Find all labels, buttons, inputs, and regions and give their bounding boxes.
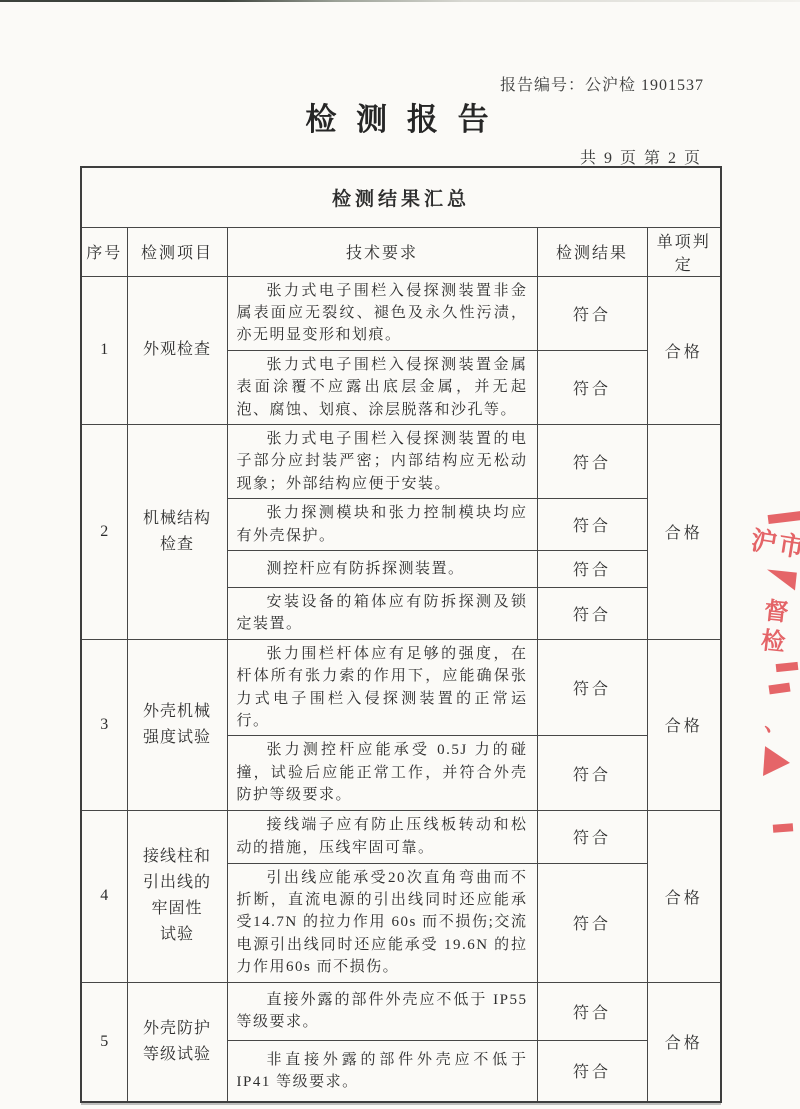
table-row: 4 接线柱和 引出线的 牢固性 试验 接线端子应有防止压线板转动和松动的措施，压… — [81, 810, 721, 863]
red-seal-star-point — [763, 746, 791, 778]
result-cell: 符合 — [537, 982, 647, 1040]
requirement-cell: 直接外露的部件外壳应不低于 IP55 等级要求。 — [227, 982, 537, 1040]
red-seal-fragment-text: 督检 — [751, 596, 792, 659]
verdict-cell: 合格 — [647, 424, 721, 639]
result-cell: 符合 — [537, 550, 647, 587]
test-item-cell: 机械结构 检查 — [127, 424, 227, 639]
verdict-cell: 合格 — [647, 810, 721, 982]
report-number: 报告编号：公沪检 1901537 — [500, 72, 704, 95]
document-title: 检 测 报 告 — [0, 94, 800, 139]
result-cell: 符合 — [537, 350, 647, 424]
scanned-report-page: { "page": { "report_no": "报告编号：公沪检 19015… — [0, 0, 800, 1109]
requirement-cell: 张力测控杆应能承受 0.5J 力的碰撞，试验后应能正常工作，并符合外壳防护等级要… — [227, 736, 537, 810]
table-row: 2 机械结构 检查 张力式电子围栏入侵探测装置的电子部分应封装严密；内部结构应无… — [81, 424, 721, 498]
red-seal-fragment — [776, 662, 799, 672]
table-title: 检测结果汇总 — [81, 167, 721, 227]
requirement-cell: 张力式电子围栏入侵探测装置的电子部分应封装严密；内部结构应无松动现象；外部结构应… — [227, 424, 537, 498]
result-cell: 符合 — [537, 587, 647, 639]
page-number-info: 共 9 页 第 2 页 — [580, 145, 702, 168]
result-cell: 符合 — [537, 276, 647, 350]
verdict-cell: 合格 — [647, 639, 721, 810]
requirement-cell: 非直接外露的部件外壳应不低于 IP41 等级要求。 — [227, 1040, 537, 1102]
verdict-cell: 合格 — [647, 982, 721, 1102]
result-cell: 符合 — [537, 499, 647, 551]
test-item-cell: 外壳机械 强度试验 — [127, 639, 227, 810]
verdict-cell: 合格 — [647, 276, 721, 424]
row-number-cell: 3 — [81, 639, 127, 810]
requirement-cell: 引出线应能承受20次直角弯曲而不折断，直流电源的引出线同时还应能承受14.7N … — [227, 863, 537, 982]
red-seal-star-point — [765, 569, 797, 590]
header-test-item: 检测项目 — [127, 227, 227, 276]
requirement-cell: 张力围栏杆体应有足够的强度，在杆体所有张力索的作用下，应能确保张力式电子围栏入侵… — [227, 639, 537, 736]
result-cell: 符合 — [537, 736, 647, 810]
result-cell: 符合 — [537, 424, 647, 498]
requirement-cell: 张力探测模块和张力控制模块均应有外壳保护。 — [227, 499, 537, 551]
table-row: 1 外观检查 张力式电子围栏入侵探测装置非金属表面应无裂纹、褪色及永久性污渍，亦… — [81, 276, 721, 350]
table-title-row: 检测结果汇总 — [81, 167, 721, 227]
result-cell: 符合 — [537, 863, 647, 982]
result-cell: 符合 — [537, 639, 647, 736]
header-test-result: 检测结果 — [537, 227, 647, 276]
header-serial-no: 序号 — [81, 227, 127, 276]
header-item-verdict: 单项判定 — [647, 227, 721, 276]
requirement-cell: 张力式电子围栏入侵探测装置金属表面涂覆不应露出底层金属，并无起泡、腐蚀、划痕、涂… — [227, 350, 537, 424]
red-seal-fragment — [768, 683, 790, 695]
requirement-cell: 安装设备的箱体应有防拆探测及锁定装置。 — [227, 587, 537, 639]
scan-edge-artifact — [0, 0, 800, 2]
row-number-cell: 5 — [81, 982, 127, 1102]
header-technical-requirement: 技术要求 — [227, 227, 537, 276]
table-row: 5 外壳防护 等级试验 直接外露的部件外壳应不低于 IP55 等级要求。 符合 … — [81, 982, 721, 1040]
test-item-cell: 外观检查 — [127, 276, 227, 424]
table-row: 3 外壳机械 强度试验 张力围栏杆体应有足够的强度，在杆体所有张力索的作用下，应… — [81, 639, 721, 736]
row-number-cell: 4 — [81, 810, 127, 982]
red-seal-fragment-text: 沪市 — [748, 520, 800, 565]
requirement-cell: 测控杆应有防拆探测装置。 — [227, 550, 537, 587]
red-seal-fragment — [773, 823, 794, 832]
result-cell: 符合 — [537, 1040, 647, 1102]
test-item-cell: 外壳防护 等级试验 — [127, 982, 227, 1102]
test-item-cell: 接线柱和 引出线的 牢固性 试验 — [127, 810, 227, 982]
red-seal-fragment-text: 、 — [762, 706, 791, 741]
result-cell: 符合 — [537, 810, 647, 863]
requirement-cell: 接线端子应有防止压线板转动和松动的措施，压线牢固可靠。 — [227, 810, 537, 863]
table-header-row: 序号 检测项目 技术要求 检测结果 单项判定 — [81, 227, 721, 276]
test-results-table: 检测结果汇总 序号 检测项目 技术要求 检测结果 单项判定 1 外观检查 张力式… — [80, 166, 722, 1103]
row-number-cell: 2 — [81, 424, 127, 639]
row-number-cell: 1 — [81, 276, 127, 424]
requirement-cell: 张力式电子围栏入侵探测装置非金属表面应无裂纹、褪色及永久性污渍，亦无明显变形和划… — [227, 276, 537, 350]
